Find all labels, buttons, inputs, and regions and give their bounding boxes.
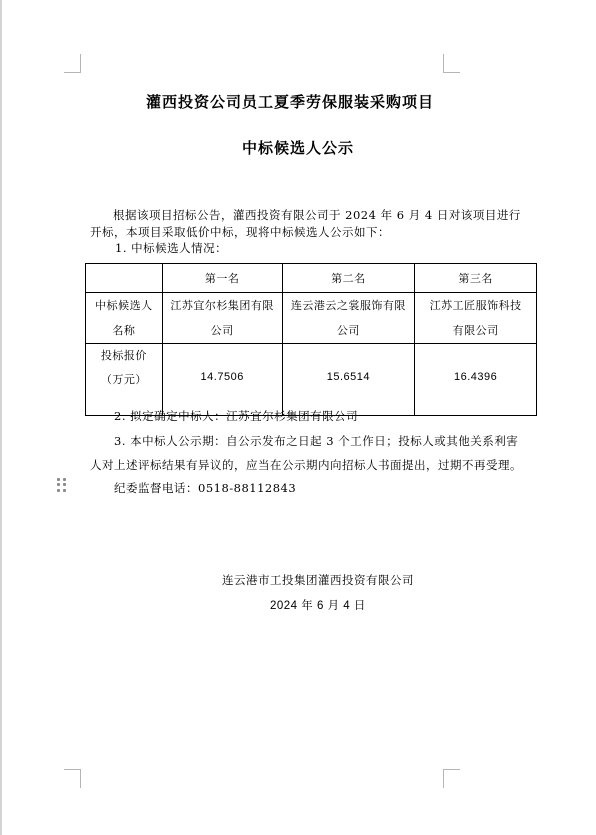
supervision-phone: 纪委监督电话：0518-88112843 bbox=[114, 480, 296, 496]
margin-corner-bottom-left bbox=[64, 769, 81, 788]
row-label-candidate-name: 中标候选人 名称 bbox=[86, 293, 163, 344]
candidate-name-cell: 连云港云之裳服饰有限 公司 bbox=[282, 293, 415, 344]
cell-line: 公司 bbox=[285, 318, 413, 343]
cell-line: 有限公司 bbox=[417, 318, 534, 343]
label-line: （万元） bbox=[88, 368, 160, 392]
signature-organization: 连云港市工投集团灌西投资有限公司 bbox=[222, 572, 414, 588]
bid-price-cell: 14.7506 bbox=[162, 344, 282, 416]
signature-date: 2024 年 6 月 4 日 bbox=[270, 597, 366, 613]
table-row: 投标报价 （万元） 14.7506 15.6514 16.4396 bbox=[86, 344, 537, 416]
document-title: 灌西投资公司员工夏季劳保服装采购项目 bbox=[0, 91, 588, 112]
row-label-bid-price: 投标报价 （万元） bbox=[86, 344, 163, 416]
cell-line: 连云港云之裳服饰有限 bbox=[285, 293, 413, 318]
table-header-cell: 第一名 bbox=[162, 264, 282, 293]
label-line: 名称 bbox=[88, 318, 160, 343]
table-header-cell: 第三名 bbox=[415, 264, 537, 293]
intro-line-1: 根据该项目招标公告，灌西投资有限公司于 2024 年 6 月 4 日对该项目进行 bbox=[113, 207, 521, 223]
label-line: 中标候选人 bbox=[88, 293, 160, 318]
cell-line: 江苏宜尔杉集团有限 bbox=[165, 293, 280, 318]
margin-corner-top-right bbox=[443, 54, 460, 73]
section-3-line-2: 人对上述评标结果有异议的，应当在公示期内向招标人书面提出，过期不再受理。 bbox=[90, 457, 522, 473]
section-3-line-1: 3. 本中标人公示期：自公示发布之日起 3 个工作日；投标人或其他关系利害 bbox=[114, 433, 518, 449]
label-line: 投标报价 bbox=[88, 344, 160, 368]
candidate-name-cell: 江苏工匠服饰科技 有限公司 bbox=[415, 293, 537, 344]
document-subtitle: 中标候选人公示 bbox=[0, 137, 596, 158]
bid-price-cell: 16.4396 bbox=[415, 344, 537, 416]
margin-corner-bottom-right bbox=[443, 769, 460, 788]
table-row: 中标候选人 名称 江苏宜尔杉集团有限 公司 连云港云之裳服饰有限 公司 江苏工匠… bbox=[86, 293, 537, 344]
table-header-cell: 第二名 bbox=[282, 264, 415, 293]
cell-line: 公司 bbox=[165, 318, 280, 343]
bid-price-cell: 15.6514 bbox=[282, 344, 415, 416]
section-2-winner: 2. 拟定确定中标人：江苏宜尔杉集团有限公司 bbox=[114, 408, 358, 424]
drag-handle-icon[interactable] bbox=[57, 478, 66, 492]
candidates-table: 第一名 第二名 第三名 中标候选人 名称 江苏宜尔杉集团有限 公司 连云港云之裳… bbox=[85, 263, 537, 416]
candidate-name-cell: 江苏宜尔杉集团有限 公司 bbox=[162, 293, 282, 344]
table-header-row: 第一名 第二名 第三名 bbox=[86, 264, 537, 293]
margin-corner-top-left bbox=[64, 54, 81, 73]
cell-line: 江苏工匠服饰科技 bbox=[417, 293, 534, 318]
table-header-cell bbox=[86, 264, 163, 293]
intro-line-2: 开标，本项目采取低价中标，现将中标候选人公示如下： bbox=[90, 224, 390, 240]
section-1-heading: 1. 中标候选人情况： bbox=[115, 240, 227, 256]
page-edge bbox=[0, 0, 2, 835]
